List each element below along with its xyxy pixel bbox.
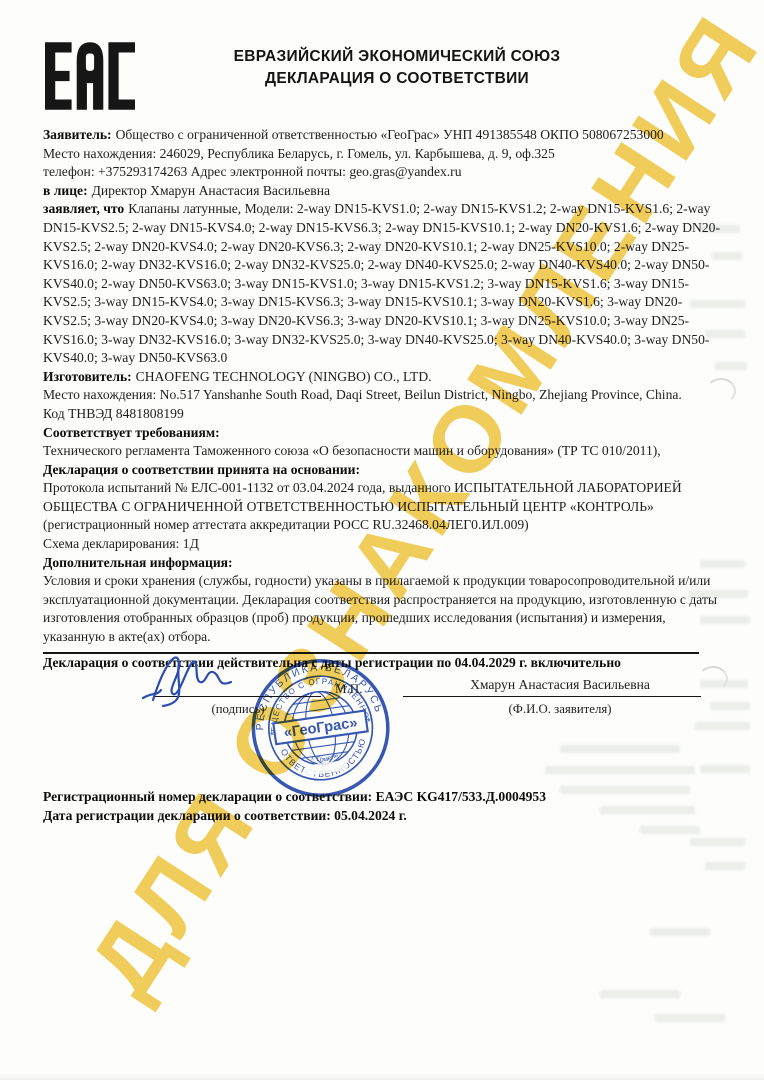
paragraph-complies-heading: Соответствует требованиям: <box>43 424 723 443</box>
paragraph-product-models: заявляет, чтоКлапаны латунные, Модели: 2… <box>43 200 723 367</box>
registration-number: Регистрационный номер декларации о соотв… <box>43 788 723 807</box>
eac-logo <box>45 42 135 115</box>
document-body: Заявитель:Общество с ограниченной ответс… <box>43 126 723 825</box>
paragraph-test-protocol: Протокола испытаний № ЕЛС-001-1132 от 03… <box>43 479 723 535</box>
paragraph-declaration-scheme: Схема декларирования: 1Д <box>43 535 723 554</box>
paragraph-represented-by: в лице:Директор Хмарун Анастасия Василье… <box>43 182 723 201</box>
applicant-name-line <box>403 696 701 697</box>
paragraph-lead: Заявитель: <box>43 127 112 142</box>
paragraph-basis-heading: Декларация о соответствии принята на осн… <box>43 461 723 480</box>
paragraph-lead: Дополнительная информация: <box>43 555 233 570</box>
paragraph-lead: Изготовитель: <box>43 369 132 384</box>
declaration-document: ЕВРАЗИЙСКИЙ ЭКОНОМИЧЕСКИЙ СОЮЗ ДЕКЛАРАЦИ… <box>0 0 764 1080</box>
applicant-name: Хмарун Анастасия Васильевна <box>415 676 705 695</box>
paragraph-regulation: Технического регламента Таможенного союз… <box>43 442 723 461</box>
paragraph-lead: Декларация о соответствии принята на осн… <box>43 462 360 477</box>
paragraph-manufacturer-address: Место нахождения: No.517 Yanshanhe South… <box>43 386 723 405</box>
handwritten-signature <box>139 648 289 716</box>
paragraph-additional-info: Условия и сроки хранения (службы, годнос… <box>43 572 723 646</box>
paragraph-manufacturer: Изготовитель:CHAOFENG TECHNOLOGY (NINGBO… <box>43 368 723 387</box>
paragraph-tnved-code: Код ТНВЭД 8481808199 <box>43 405 723 424</box>
signature-block: РЕСПУБЛИКА БЕЛАРУСЬ ОБЩЕСТВО С ОГРАНИЧЕН… <box>43 672 723 788</box>
stamp-place-label: М.П. <box>335 680 362 699</box>
paragraph-phone-email: телефон: +375293174263 Адрес электронной… <box>43 163 723 182</box>
paragraph-additional-info-heading: Дополнительная информация: <box>43 554 723 573</box>
paragraph-lead: заявляет, что <box>43 201 124 216</box>
paragraph-lead: в лице: <box>43 183 88 198</box>
applicant-name-caption: (Ф.И.О. заявителя) <box>415 700 705 719</box>
scan-bottom-edge <box>0 1073 764 1080</box>
title-line-1: ЕВРАЗИЙСКИЙ ЭКОНОМИЧЕСКИЙ СОЮЗ <box>182 46 612 68</box>
registration-date: Дата регистрации декларации о соответств… <box>43 807 723 826</box>
document-title: ЕВРАЗИЙСКИЙ ЭКОНОМИЧЕСКИЙ СОЮЗ ДЕКЛАРАЦИ… <box>182 46 612 90</box>
paragraph-lead: Соответствует требованиям: <box>43 425 220 440</box>
paragraph-address: Место нахождения: 246029, Республика Бел… <box>43 145 723 164</box>
paragraph-applicant: Заявитель:Общество с ограниченной ответс… <box>43 126 723 145</box>
title-line-2: ДЕКЛАРАЦИЯ О СООТВЕТСТВИИ <box>182 68 612 90</box>
